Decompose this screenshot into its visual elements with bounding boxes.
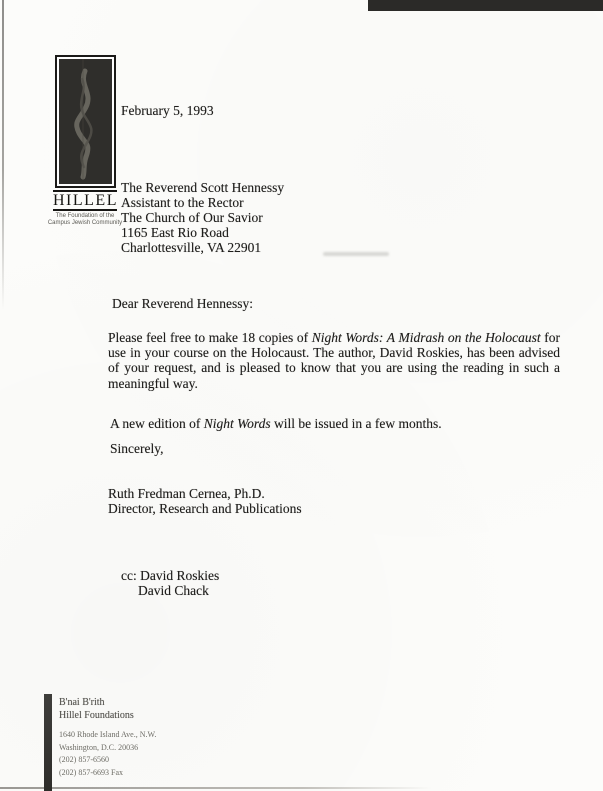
scanned-letter-page: HILLEL The Foundation of the Campus Jewi… [0, 0, 603, 791]
hillel-flame-icon [59, 59, 112, 184]
salutation: Dear Reverend Hennessy: [112, 296, 253, 311]
footer-organization: B'nai B'rith Hillel Foundations [59, 697, 134, 722]
footer-fax: (202) 857-6693 Fax [59, 767, 156, 780]
recipient-address-block: The Reverend Scott Hennessy Assistant to… [121, 181, 284, 256]
recipient-city-state-zip: Charlottesville, VA 22901 [121, 241, 284, 256]
footer-org-line1: B'nai B'rith [59, 697, 134, 710]
recipient-organization: The Church of Our Savior [121, 211, 284, 226]
paragraph2-text-before: A new edition of [110, 416, 204, 431]
paragraph1-text-before: Please feel free to make 18 copies of [108, 330, 312, 345]
footer-org-line2: Hillel Foundations [59, 710, 134, 723]
hillel-wordmark: HILLEL [53, 190, 117, 211]
footer-address-block: 1640 Rhode Island Ave., N.W. Washington,… [59, 729, 156, 779]
scan-artifact-bottom-line [0, 787, 432, 789]
signature-block: Ruth Fredman Cernea, Ph.D. Director, Res… [108, 487, 302, 516]
hillel-tagline: The Foundation of the Campus Jewish Comm… [47, 213, 123, 227]
paragraph2-text-after: will be issued in a few months. [271, 416, 442, 431]
closing: Sincerely, [110, 441, 163, 456]
cc-line-2: David Chack [138, 584, 219, 599]
signature-title: Director, Research and Publications [108, 502, 302, 517]
footer-street: 1640 Rhode Island Ave., N.W. [59, 729, 156, 742]
scan-artifact-smudge [323, 252, 389, 256]
footer-vertical-bar [44, 694, 52, 791]
signature-name: Ruth Fredman Cernea, Ph.D. [108, 487, 302, 502]
scan-artifact-left-edge-line [2, 0, 4, 310]
body-paragraph-2: A new edition of Night Words will be iss… [110, 416, 570, 431]
scan-artifact-top-bar [368, 0, 603, 11]
book-title-italic: Night Words: A Midrash on the Holocaust [312, 330, 541, 345]
body-paragraph-1: Please feel free to make 18 copies of Ni… [108, 330, 560, 391]
hillel-tagline-line1: The Foundation of the [47, 213, 123, 220]
recipient-street: 1165 East Rio Road [121, 226, 284, 241]
cc-line-1: cc: David Roskies [121, 569, 219, 584]
recipient-name: The Reverend Scott Hennessy [121, 181, 284, 196]
hillel-logo-box [57, 57, 114, 186]
hillel-tagline-line2: Campus Jewish Community [47, 220, 123, 227]
hillel-logo: HILLEL The Foundation of the Campus Jewi… [47, 55, 123, 227]
footer-city: Washington, D.C. 20036 [59, 742, 156, 755]
cc-block: cc: David Roskies David Chack [121, 569, 219, 598]
book-title-short-italic: Night Words [204, 416, 271, 431]
letter-date: February 5, 1993 [121, 103, 214, 118]
footer-phone: (202) 857-6560 [59, 754, 156, 767]
recipient-title: Assistant to the Rector [121, 196, 284, 211]
